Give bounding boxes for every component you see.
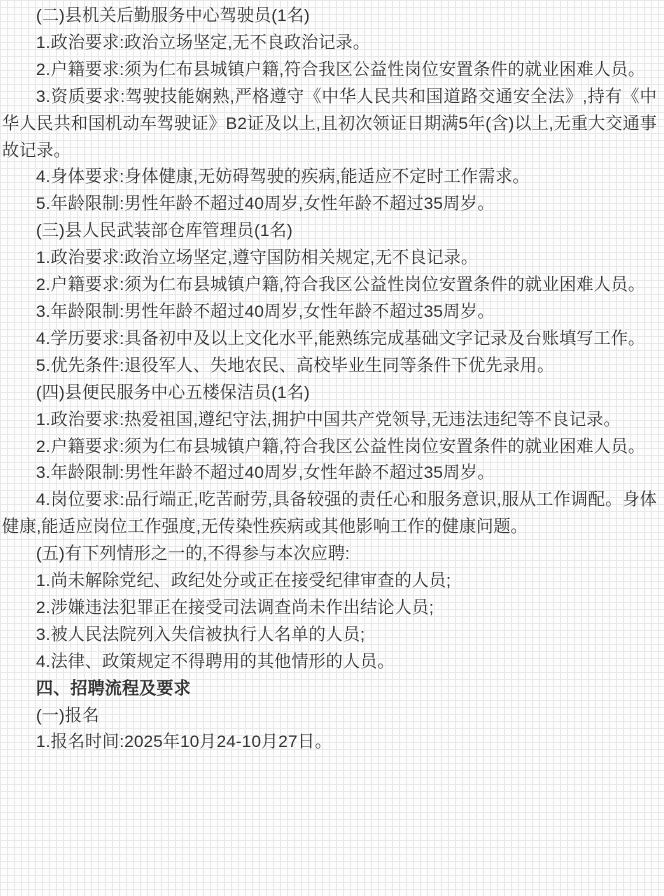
paragraph: 3.被人民法院列入失信被执行人名单的人员; (2, 622, 657, 649)
paragraph: 3.年龄限制:男性年龄不超过40周岁,女性年龄不超过35周岁。 (2, 299, 657, 326)
paragraph: 2.户籍要求:须为仁布县城镇户籍,符合我区公益性岗位安置条件的就业困难人员。 (2, 57, 657, 84)
paragraph: (五)有下列情形之一的,不得参与本次应聘: (2, 541, 657, 568)
paragraph: 4.学历要求:具备初中及以上文化水平,能熟练完成基础文字记录及台账填写工作。 (2, 326, 657, 353)
paragraph: 1.政治要求:热爱祖国,遵纪守法,拥护中国共产党领导,无违法违纪等不良记录。 (2, 407, 657, 434)
document-body: (二)县机关后勤服务中心驾驶员(1名)1.政治要求:政治立场坚定,无不良政治记录… (0, 0, 664, 896)
paragraph: 4.法律、政策规定不得聘用的其他情形的人员。 (2, 649, 657, 676)
paragraph: 1.政治要求:政治立场坚定,遵守国防相关规定,无不良记录。 (2, 245, 657, 272)
paragraph: 1.政治要求:政治立场坚定,无不良政治记录。 (2, 30, 657, 57)
paragraph: 1.尚未解除党纪、政纪处分或正在接受纪律审查的人员; (2, 568, 657, 595)
section-heading: 四、招聘流程及要求 (2, 676, 657, 703)
paragraph: 3.年龄限制:男性年龄不超过40周岁,女性年龄不超过35周岁。 (2, 460, 657, 487)
paragraph: (一)报名 (2, 703, 657, 730)
paragraph: 3.资质要求:驾驶技能娴熟,严格遵守《中华人民共和国道路交通安全法》,持有《中华… (2, 84, 657, 165)
paragraph: 2.户籍要求:须为仁布县城镇户籍,符合我区公益性岗位安置条件的就业困难人员。 (2, 434, 657, 461)
paragraph: 5.优先条件:退役军人、失地农民、高校毕业生同等条件下优先录用。 (2, 353, 657, 380)
paragraph: (二)县机关后勤服务中心驾驶员(1名) (2, 3, 657, 30)
paragraph: (三)县人民武装部仓库管理员(1名) (2, 218, 657, 245)
paragraph: 4.身体要求:身体健康,无妨碍驾驶的疾病,能适应不定时工作需求。 (2, 164, 657, 191)
paragraph: 5.年龄限制:男性年龄不超过40周岁,女性年龄不超过35周岁。 (2, 191, 657, 218)
paragraph: 4.岗位要求:品行端正,吃苦耐劳,具备较强的责任心和服务意识,服从工作调配。身体… (2, 487, 657, 541)
paragraph: (四)县便民服务中心五楼保洁员(1名) (2, 380, 657, 407)
paragraph: 1.报名时间:2025年10月24-10月27日。 (2, 729, 657, 756)
paragraph: 2.户籍要求:须为仁布县城镇户籍,符合我区公益性岗位安置条件的就业困难人员。 (2, 272, 657, 299)
paragraph: 2.涉嫌违法犯罪正在接受司法调查尚未作出结论人员; (2, 595, 657, 622)
